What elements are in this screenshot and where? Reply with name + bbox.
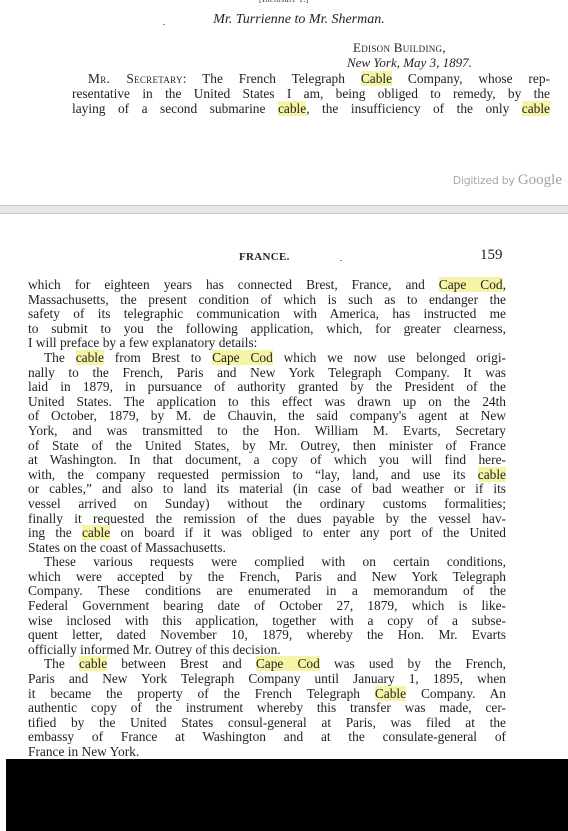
search-highlight: cable (522, 101, 550, 116)
text-run: The (44, 656, 79, 671)
text-line: Company. These conditions are enumerated… (28, 584, 506, 599)
address-building: Edison Building, (353, 40, 446, 56)
text-run: safety of its telegraphic communication … (28, 306, 506, 321)
text-line: with, the company requested permission t… (28, 468, 506, 483)
text-run: of October, 1879, by M. de Chauvin, the … (28, 408, 506, 423)
text-run: which for eighteen years has connected B… (28, 277, 439, 292)
text-line: finally it requested the remission of th… (28, 512, 506, 527)
text-line: quent letter, dated November 10, 1879, w… (28, 628, 506, 643)
text-run: , (503, 277, 506, 292)
text-line: laying of a second submarine cable, the … (72, 101, 550, 116)
text-line: at Washington. In that document, a copy … (28, 453, 506, 468)
text-run: Massachusetts, the present condition of … (28, 292, 506, 307)
text-line: which were accepted by the French, Paris… (28, 570, 506, 585)
text-line: York, and was transmitted to the Hon. Wi… (28, 424, 506, 439)
text-run: to submit to you the following applicati… (28, 321, 506, 336)
text-run: : The French Telegraph (183, 71, 361, 86)
text-line: nally to the French, Paris and New York … (28, 366, 506, 381)
text-line: Federal Government bearing date of Octob… (28, 599, 506, 614)
letter-title: Mr. Turrienne to Mr. Sherman. (0, 12, 568, 28)
text-run: York, and was transmitted to the Hon. Wi… (28, 423, 506, 438)
text-line: Mr. Secretary: The French Telegraph Cabl… (72, 71, 550, 86)
text-line: of October, 1879, by M. de Chauvin, the … (28, 409, 506, 424)
text-run: Federal Government bearing date of Octob… (28, 598, 506, 613)
text-line: which for eighteen years has connected B… (28, 278, 506, 293)
text-run: These various requests were complied wit… (44, 554, 506, 569)
google-wordmark: Google (518, 172, 562, 188)
watermark-prefix: Digitized by (453, 174, 518, 187)
search-highlight: Cape Cod (212, 350, 273, 365)
text-run: United States. The application to this e… (28, 394, 506, 409)
text-run: which were accepted by the French, Paris… (28, 569, 506, 584)
text-run: France in New York. (28, 744, 139, 759)
document-page-159: FRANCE. 159 which for eighteen years has… (0, 216, 568, 759)
text-line: The cable from Brest to Cape Cod which w… (28, 351, 506, 366)
text-run: laying of a second submarine (72, 101, 278, 116)
text-line: I will preface by a few explanatory deta… (28, 336, 506, 351)
text-line: ing the cable on board if it was obliged… (28, 526, 506, 541)
text-run: from Brest to (104, 350, 212, 365)
salutation: Mr. Secretary (88, 71, 183, 86)
text-run: I will preface by a few explanatory deta… (28, 335, 257, 350)
text-run: of State of the United States, by Mr. Ou… (28, 438, 506, 453)
search-highlight: cable (82, 525, 110, 540)
text-run: it became the property of the French Tel… (28, 686, 375, 701)
text-run: or cables,” and also to land its materia… (28, 481, 506, 496)
text-run: Company. An (406, 686, 506, 701)
text-line: Massachusetts, the present condition of … (28, 293, 506, 308)
text-run: resentative in the United States I am, b… (72, 86, 550, 101)
letter-body-opening: Mr. Secretary: The French Telegraph Cabl… (72, 71, 550, 116)
search-highlight: cable (278, 101, 306, 116)
text-line: to submit to you the following applicati… (28, 322, 506, 337)
search-highlight: Cable (375, 686, 406, 701)
text-run: Company. These conditions are enumerated… (28, 583, 506, 598)
text-line: United States. The application to this e… (28, 395, 506, 410)
text-run: vessel arrived on Sunday) without the or… (28, 496, 506, 511)
text-run: Paris and New York Telegraph Company unt… (28, 671, 506, 686)
text-run: , the insufficiency of the only (306, 101, 522, 116)
text-run: officially informed Mr. Outrey of this d… (28, 642, 281, 657)
text-run: tified by the United States consul-gener… (28, 715, 506, 730)
inclosure-label: [Inclosure 1.] (0, 0, 568, 4)
text-run: at Washington. In that document, a copy … (28, 452, 506, 467)
scan-speck (340, 260, 342, 261)
search-highlight: Cape Cod (256, 656, 320, 671)
text-run: was used by the French, (320, 656, 506, 671)
search-highlight: cable (76, 350, 104, 365)
text-line: authentic copy of the instrument whereby… (28, 701, 506, 716)
text-line: resentative in the United States I am, b… (72, 86, 550, 101)
text-run: which we now use belonged origi- (273, 350, 506, 365)
digitized-by-google-watermark: Digitized by Google (453, 172, 562, 189)
text-run: nally to the French, Paris and New York … (28, 365, 506, 380)
search-highlight: Cable (361, 71, 392, 86)
text-run: with, the company requested permission t… (28, 467, 478, 482)
letter-body-continued: which for eighteen years has connected B… (28, 278, 506, 760)
text-line: or cables,” and also to land its materia… (28, 482, 506, 497)
text-run: quent letter, dated November 10, 1879, w… (28, 627, 506, 642)
text-line: The cable between Brest and Cape Cod was… (28, 657, 506, 672)
document-page-upper: [Inclosure 1.] Mr. Turrienne to Mr. Sher… (0, 0, 568, 205)
text-run: embassy of France at Washington and at t… (28, 729, 506, 744)
text-line: of State of the United States, by Mr. Ou… (28, 439, 506, 454)
text-run: The (44, 350, 76, 365)
text-run: ing the (28, 525, 82, 540)
text-line: France in New York. (28, 745, 506, 760)
search-highlight: cable (478, 467, 506, 482)
bottom-overlay-bar (6, 759, 568, 831)
text-run: between Brest and (107, 656, 256, 671)
text-run: authentic copy of the instrument whereby… (28, 700, 506, 715)
search-highlight: cable (79, 656, 107, 671)
scan-speck (163, 24, 165, 25)
search-highlight: Cape Cod (439, 277, 503, 292)
text-run: on board if it was obliged to enter any … (110, 525, 506, 540)
text-run: wise inclosed with this application, tog… (28, 613, 506, 628)
text-line: Paris and New York Telegraph Company unt… (28, 672, 506, 687)
text-line: officially informed Mr. Outrey of this d… (28, 643, 506, 658)
address-place-date: New York, May 3, 1897. (347, 55, 472, 71)
text-run: States on the coast of Massachusetts. (28, 540, 226, 555)
text-line: it became the property of the French Tel… (28, 687, 506, 702)
text-line: laid in 1879, in pursuance of authority … (28, 380, 506, 395)
text-run: finally it requested the remission of th… (28, 511, 506, 526)
text-line: States on the coast of Massachusetts. (28, 541, 506, 556)
text-line: safety of its telegraphic communication … (28, 307, 506, 322)
text-line: wise inclosed with this application, tog… (28, 614, 506, 629)
page-separator (0, 205, 568, 214)
text-line: vessel arrived on Sunday) without the or… (28, 497, 506, 512)
text-line: tified by the United States consul-gener… (28, 716, 506, 731)
text-run: Company, whose rep- (392, 71, 550, 86)
text-run: laid in 1879, in pursuance of authority … (28, 379, 506, 394)
page-number: 159 (480, 247, 503, 264)
running-head: FRANCE. (239, 251, 290, 263)
text-line: These various requests were complied wit… (28, 555, 506, 570)
text-line: embassy of France at Washington and at t… (28, 730, 506, 745)
